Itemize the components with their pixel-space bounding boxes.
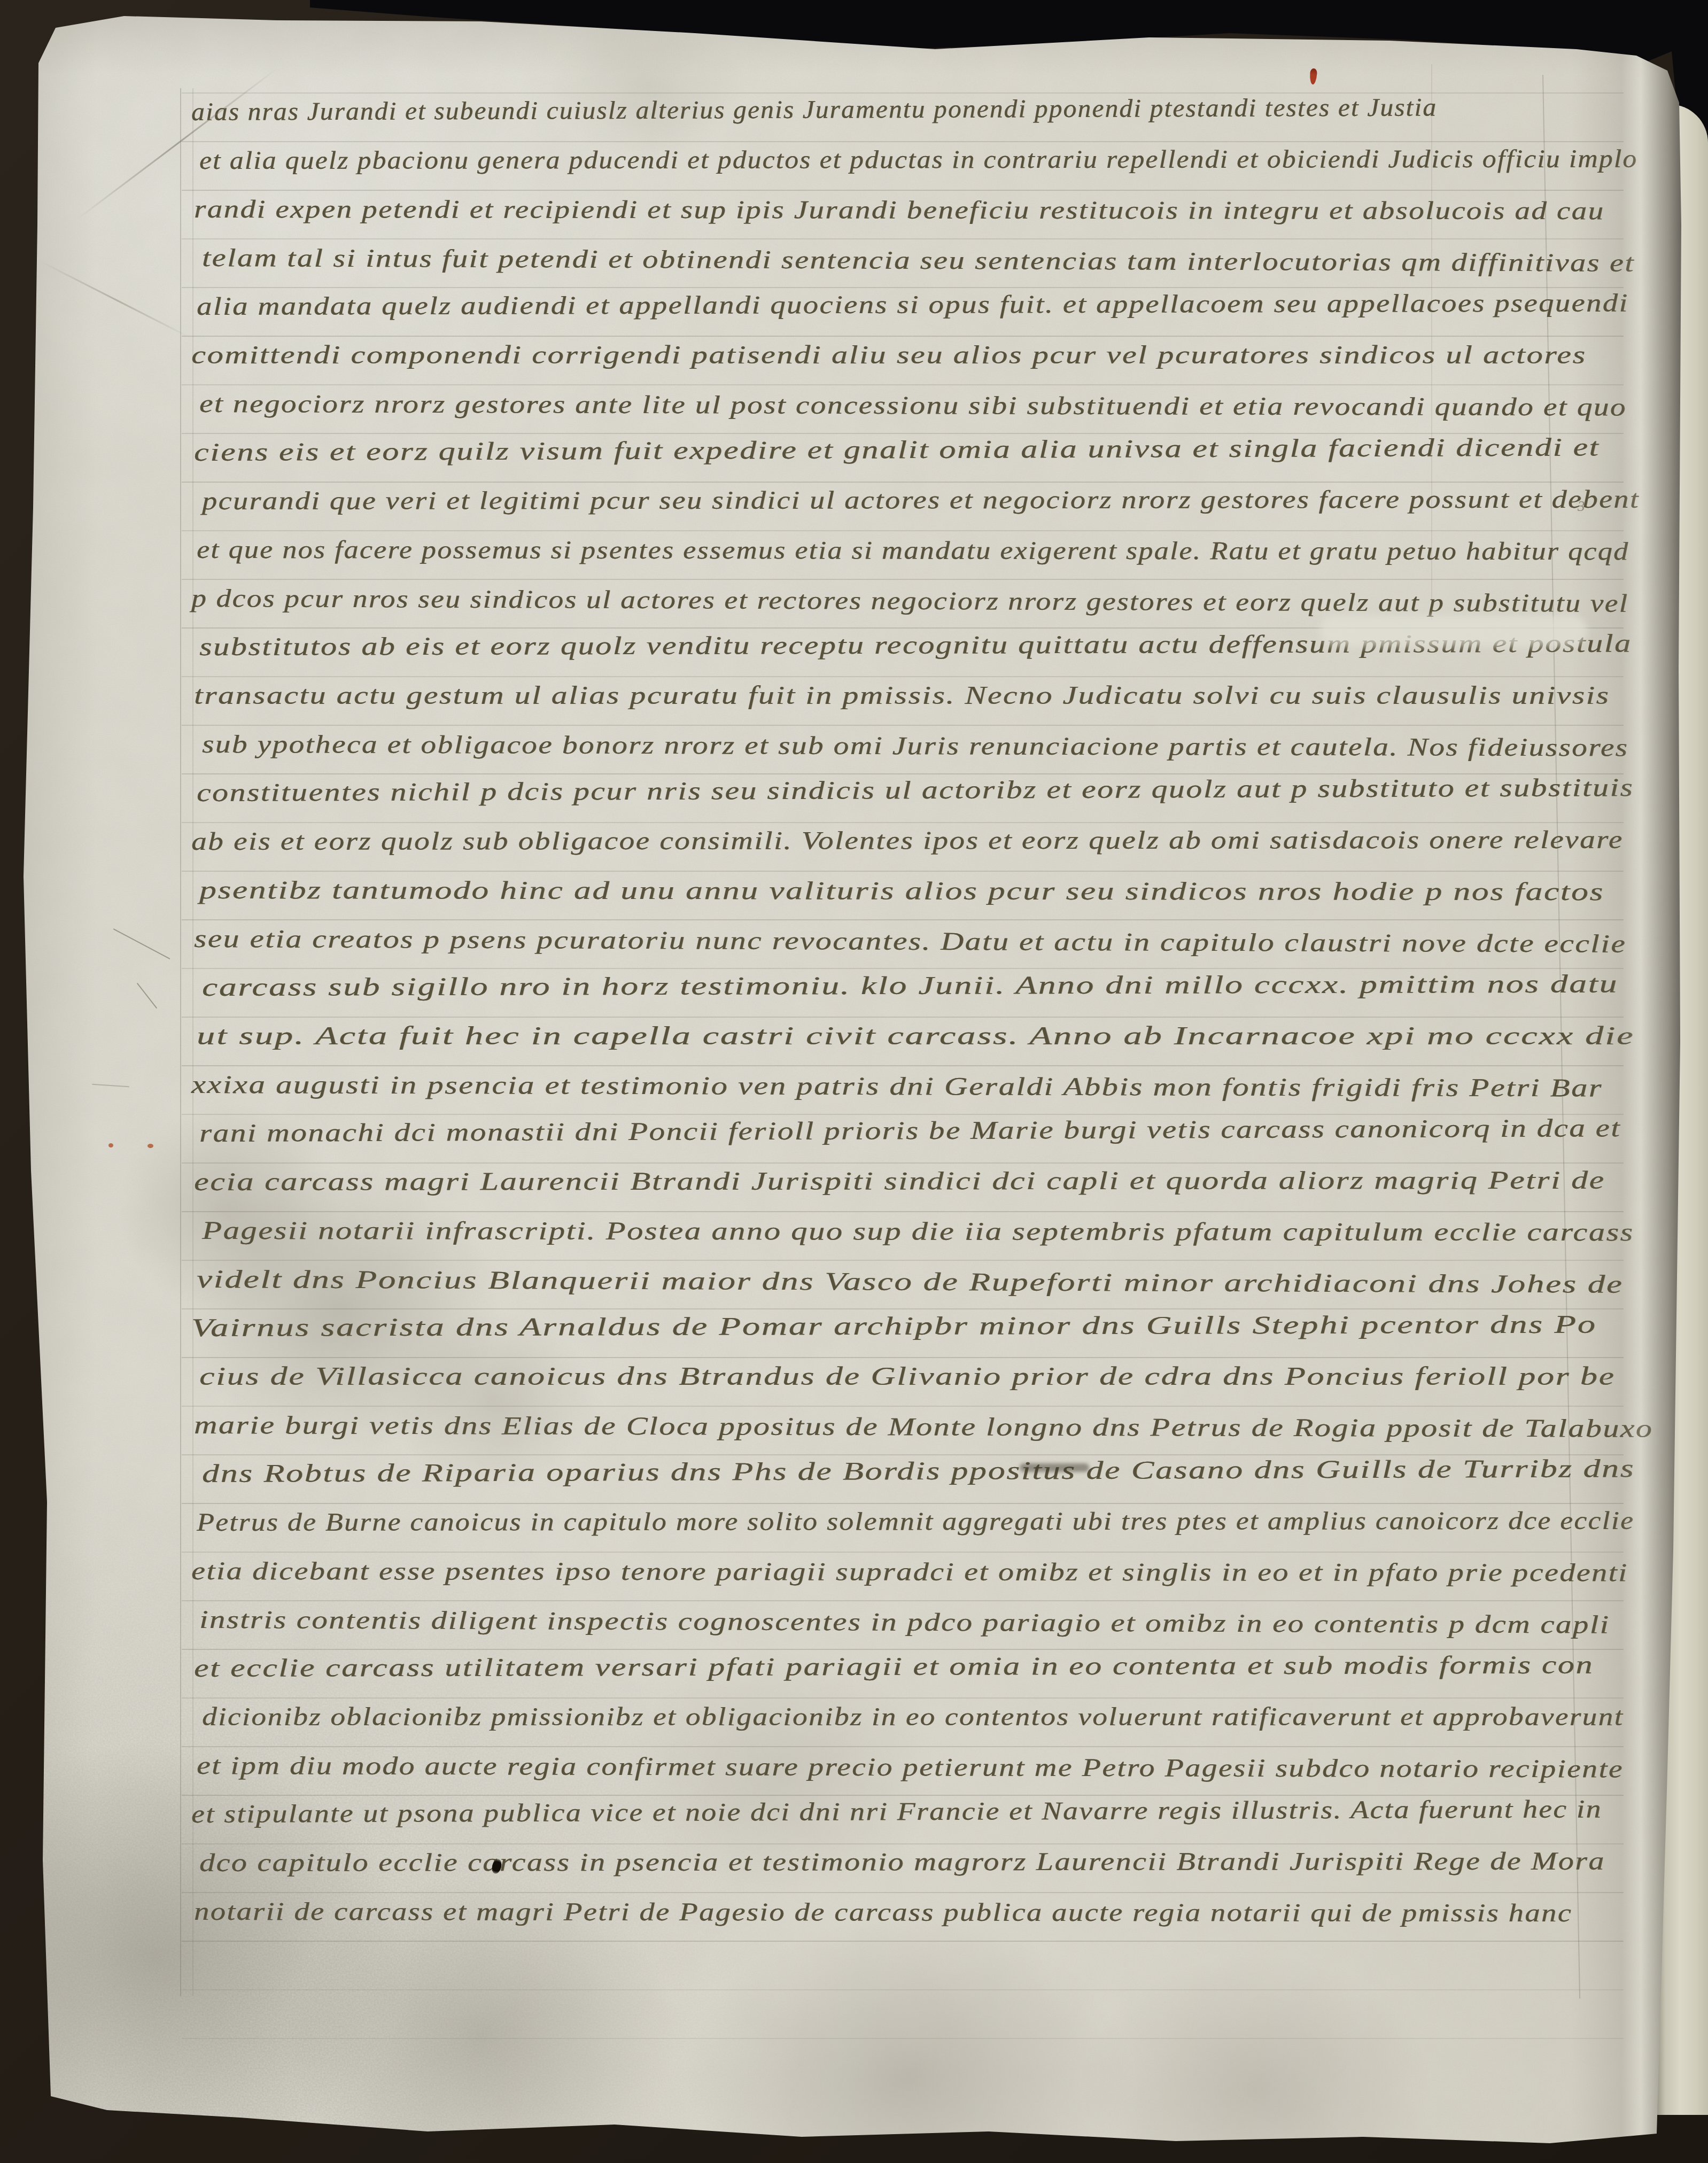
manuscript-line: ciens eis et eorz quilz visum fuit exped… bbox=[194, 423, 1600, 477]
manuscript-line: cius de Villasicca canoicus dns Btrandus… bbox=[199, 1352, 1616, 1401]
manuscript-line: alia mandata quelz audiendi et appelland… bbox=[197, 278, 1629, 331]
manuscript-line: transactu actu gestum ul alias pcuratu f… bbox=[194, 671, 1610, 720]
red-speck bbox=[108, 1143, 113, 1148]
parchment-page: aias nras Jurandi et subeundi cuiuslz al… bbox=[0, 0, 1708, 2163]
manuscript-line: randi expen petendi et recipiendi et sup… bbox=[194, 185, 1605, 235]
manuscript-line: psentibz tantumodo hinc ad unu annu vali… bbox=[199, 866, 1604, 916]
manuscript-line: dns Robtus de Riparia oparius dns Phs de… bbox=[202, 1444, 1635, 1498]
erased-text-smear bbox=[1320, 616, 1587, 647]
horizontal-rule bbox=[182, 1941, 1624, 1942]
manuscript-line: dco capitulo ecclie carcass in psencia e… bbox=[199, 1837, 1605, 1887]
horizontal-rule bbox=[182, 2038, 1624, 2039]
left-margin-rule bbox=[180, 88, 181, 1996]
manuscript-line: comittendi componendi corrigendi patisen… bbox=[191, 331, 1587, 379]
manuscript-line: ecia carcass magri Laurencii Btrandi Jur… bbox=[194, 1156, 1605, 1206]
horizontal-rule bbox=[182, 1989, 1624, 1990]
manuscript-line: etia dicebant esse psentes ipso tenore p… bbox=[191, 1547, 1628, 1597]
manuscript-line: rani monachi dci monastii dni Poncii fer… bbox=[199, 1104, 1621, 1158]
red-speck bbox=[147, 1144, 153, 1148]
manuscript-line: et que nos facere possemus si psentes es… bbox=[197, 525, 1629, 576]
manuscript-line: ab eis et eorz quolz sub obligacoe consi… bbox=[191, 816, 1624, 866]
manuscript-line: aias nras Jurandi et subeundi cuiuslz al… bbox=[191, 83, 1437, 136]
manuscript-line: dicionibz oblacionibz pmissionibz et obl… bbox=[202, 1693, 1624, 1741]
manuscript-line: carcass sub sigillo nro in horz testimon… bbox=[202, 960, 1618, 1012]
ink-smudge bbox=[1020, 1463, 1089, 1472]
marginal-pen-mark: 3 bbox=[1578, 498, 1585, 515]
manuscript-line: et ecclie carcass utilitatem versari pfa… bbox=[194, 1641, 1594, 1693]
manuscript-line: constituentes nichil p dcis pcur nris se… bbox=[197, 763, 1634, 817]
manuscript-line: Petrus de Burne canoicus in capitulo mor… bbox=[197, 1497, 1634, 1547]
manuscript-line: notarii de carcass et magri Petri de Pag… bbox=[194, 1887, 1572, 1937]
manuscript-line: et alia quelz pbacionu genera pducendi e… bbox=[199, 135, 1637, 185]
manuscript-line: pcurandi que veri et legitimi pcur seu s… bbox=[202, 475, 1640, 525]
manuscript-line: et stipulante ut psona publica vice et n… bbox=[191, 1785, 1602, 1839]
manuscript-line: Vairnus sacrista dns Arnaldus de Pomar a… bbox=[191, 1300, 1597, 1352]
manuscript-line: Pagesii notarii infrascripti. Postea ann… bbox=[202, 1206, 1634, 1257]
manuscript-line: ut sup. Acta fuit hec in capella castri … bbox=[197, 1012, 1634, 1060]
manuscript-photo: aias nras Jurandi et subeundi cuiuslz al… bbox=[0, 0, 1708, 2163]
